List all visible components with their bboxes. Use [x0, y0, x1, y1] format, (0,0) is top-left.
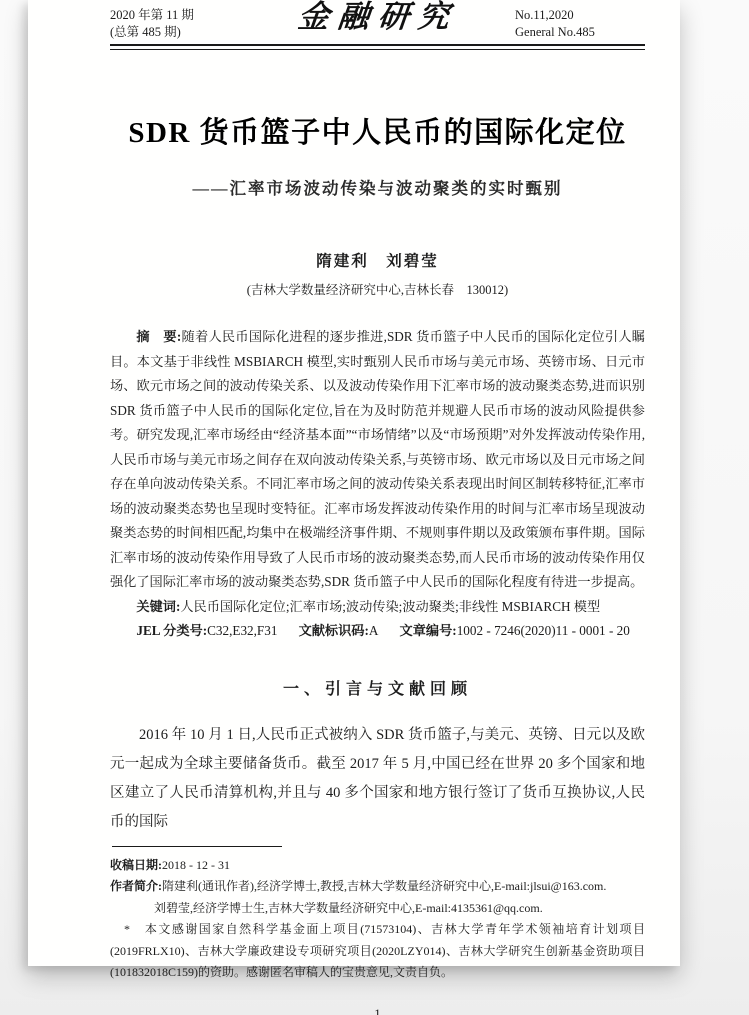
keywords-text: 人民币国际化定位;汇率市场;波动传染;波动聚类;非线性 MSBIARCH 模型 [180, 599, 600, 614]
journal-issue-en: No.11,2020 General No.485 [515, 7, 645, 41]
author-bio-text-1: 隋建利(通讯作者),经济学博士,教授,吉林大学数量经济研究中心,E-mail:j… [162, 879, 606, 893]
page-content: 2020 年第 11 期 (总第 485 期) 金融研究 No.11,2020 … [110, 0, 645, 1015]
journal-issue-cn: 2020 年第 11 期 (总第 485 期) [110, 7, 240, 41]
journal-name-calligraphy: 金融研究 [297, 9, 459, 26]
issue-cn-line2: (总第 485 期) [110, 24, 240, 41]
jel-value: C32,E32,F31 [207, 623, 277, 638]
jel-label: JEL 分类号: [136, 623, 207, 638]
doc-code-value: A [369, 623, 379, 638]
issue-cn-line1: 2020 年第 11 期 [110, 7, 240, 24]
jel-classification: JEL 分类号:C32,E32,F31 [136, 623, 277, 638]
author-bio-line-1: 作者简介:隋建利(通讯作者),经济学博士,教授,吉林大学数量经济研究中心,E-m… [110, 876, 645, 898]
author-bio-line-2: 刘碧莹,经济学博士生,吉林大学数量经济研究中心,E-mail:4135361@q… [110, 898, 645, 920]
received-date-line: 收稿日期:2018 - 12 - 31 [110, 855, 645, 877]
funding-acknowledgement: * 本文感谢国家自然科学基金面上项目(71573104)、吉林大学青年学术领袖培… [110, 919, 645, 984]
document-code: 文献标识码:A [299, 623, 379, 638]
author-bio-label: 作者简介: [110, 879, 162, 893]
footnotes: 收稿日期:2018 - 12 - 31 作者简介:隋建利(通讯作者),经济学博士… [110, 855, 645, 984]
section-1-heading: 一、引言与文献回顾 [110, 676, 645, 699]
journal-header: 2020 年第 11 期 (总第 485 期) 金融研究 No.11,2020 … [110, 0, 645, 41]
article-subtitle: ——汇率市场波动传染与波动聚类的实时甄别 [110, 175, 645, 199]
article-title: SDR 货币篮子中人民币的国际化定位 [110, 110, 645, 151]
issue-en-line1: No.11,2020 [515, 7, 645, 24]
received-date-label: 收稿日期: [110, 858, 162, 872]
abstract-label: 摘 要: [136, 329, 181, 344]
page-number: 1 [110, 1006, 645, 1015]
article-id-label: 文章编号: [400, 623, 457, 638]
keywords-label: 关键词: [136, 599, 180, 614]
scan-background: 2020 年第 11 期 (总第 485 期) 金融研究 No.11,2020 … [0, 0, 749, 1015]
footnote-separator [112, 846, 282, 847]
article-id-value: 1002 - 7246(2020)11 - 0001 - 20 [457, 623, 630, 638]
received-date-value: 2018 - 12 - 31 [162, 858, 230, 872]
paper-page: 2020 年第 11 期 (总第 485 期) 金融研究 No.11,2020 … [28, 0, 680, 966]
affiliation: (吉林大学数量经济研究中心,吉林长春 130012) [110, 280, 645, 298]
body-paragraph-1: 2016 年 10 月 1 日,人民币正式被纳入 SDR 货币篮子,与美元、英镑… [110, 721, 645, 837]
abstract-text: 随着人民币国际化进程的逐步推进,SDR 货币篮子中人民币的国际化定位引人瞩目。本… [110, 329, 645, 589]
jel-line: JEL 分类号:C32,E32,F31文献标识码:A文章编号:1002 - 72… [110, 619, 645, 644]
article-id: 文章编号:1002 - 7246(2020)11 - 0001 - 20 [400, 623, 630, 638]
authors: 隋建利 刘碧莹 [110, 249, 645, 271]
header-double-rule [110, 44, 645, 50]
abstract-paragraph: 摘 要:随着人民币国际化进程的逐步推进,SDR 货币篮子中人民币的国际化定位引人… [110, 325, 645, 595]
issue-en-line2: General No.485 [515, 24, 645, 41]
doc-code-label: 文献标识码: [299, 623, 369, 638]
keywords-line: 关键词:人民币国际化定位;汇率市场;波动传染;波动聚类;非线性 MSBIARCH… [110, 595, 645, 620]
